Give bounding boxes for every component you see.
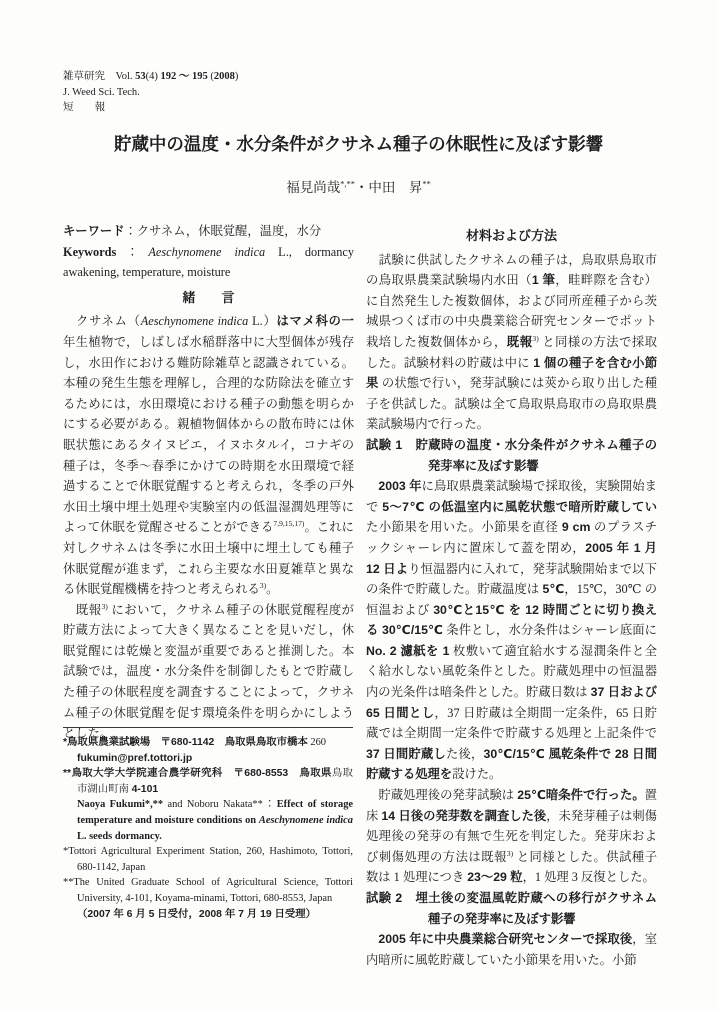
keywords-en: Keywords：Aeschynomene indica L., dormanc… bbox=[63, 242, 354, 283]
text-segment: ** bbox=[422, 180, 430, 189]
footnote-area: *鳥取県農業試験場 〒680-1142 鳥取県鳥取市橋本 260 fukumin… bbox=[63, 727, 353, 922]
text-segment bbox=[366, 932, 378, 946]
text-segment: （2007 年 6 月 5 日受付，2008 年 7 月 19 日受理） bbox=[77, 909, 316, 920]
text-segment: 2003 年 bbox=[378, 479, 421, 493]
footnote-received-dates: （2007 年 6 月 5 日受付，2008 年 7 月 19 日受理） bbox=[63, 907, 353, 923]
experiment-1-heading: 試験 1 貯蔵時の温度・水分条件がクサネム種子の発芽率に及ぼす影響 bbox=[366, 435, 657, 476]
text-segment: 条件とし，水分条件はシャーレ底面に bbox=[443, 623, 657, 637]
mm-paragraph-3: 貯蔵処理後の発芽試験は 25℃暗条件で行った。置床 14 日後の発芽数を調査した… bbox=[366, 785, 657, 888]
keywords-jp: キーワード：クサネム，休眠覚醒，温度，水分 bbox=[63, 221, 354, 242]
text-segment: *,** bbox=[340, 180, 355, 189]
text-segment: 192 ～ 195 bbox=[161, 71, 208, 82]
mm-paragraph-4: 2005 年に中央農業総合研究センターで採取後，室内暗所に風乾貯蔵していた小節果… bbox=[366, 929, 657, 970]
text-segment: キーワード bbox=[63, 224, 125, 238]
text-segment: **The United Graduate School of Agricult… bbox=[63, 877, 353, 904]
mm-paragraph-1: 試験に供試したクサネムの種子は，鳥取県鳥取市の鳥取県農業試験場内水田（1 筆，畦… bbox=[366, 250, 657, 435]
text-segment: 9 cm bbox=[562, 520, 591, 534]
text-segment: 2008 bbox=[214, 71, 235, 82]
text-segment: 260 bbox=[308, 737, 326, 748]
experiment-2-heading: 試験 2 埋土後の変温風乾貯蔵への移行がクサネム種子の発芽率に及ぼす影響 bbox=[366, 888, 657, 929]
text-segment: 雑草研究 Vol. bbox=[63, 71, 135, 82]
text-segment: ) bbox=[235, 71, 239, 82]
text-segment: 23～29 粒 bbox=[467, 870, 522, 884]
text-segment: 福見尚哉 bbox=[286, 180, 340, 195]
text-segment: 2005 年に中央農業総合研究センターで採取後 bbox=[378, 932, 632, 946]
text-segment: L. seeds dormancy. bbox=[77, 831, 162, 842]
text-segment: 既報 bbox=[63, 603, 102, 617]
text-segment: ・中田 昇 bbox=[355, 180, 423, 195]
paper-page: 雑草研究 Vol. 53(4) 192 ～ 195 (2008) J. Weed… bbox=[0, 0, 717, 1012]
paper-title: 貯蔵中の温度・水分条件がクサネム種子の休眠性に及ぼす影響 bbox=[0, 131, 717, 156]
text-segment: 年生植物で，しばしば水稲群落中に大型個体が残存し，水田作における難防除雑草と認識… bbox=[63, 335, 354, 534]
text-segment: クサネム（ bbox=[63, 314, 141, 328]
text-segment: 貯蔵処理後の発芽試験は bbox=[366, 788, 517, 802]
text-segment: た小節果を用いた。小節果を直径 bbox=[366, 520, 562, 534]
text-segment: Aeschynomene indica bbox=[259, 815, 353, 826]
text-segment: 14 日後の発芽数を調査した後 bbox=[381, 809, 546, 823]
text-segment: 25℃暗条件で行った。 bbox=[517, 788, 644, 802]
journal-name-en: J. Weed Sci. Tech. bbox=[63, 85, 238, 101]
text-segment: 設けた。 bbox=[452, 767, 501, 781]
text-segment: の状態で行い，発芽試験には莢から取り出した種子を供試した。試験は全て鳥取県鳥取市… bbox=[366, 376, 657, 431]
text-segment: Naoya Fukumi*,** bbox=[77, 799, 163, 810]
mm-paragraph-2: 2003 年に鳥取県農業試験場で採取後，実験開始まで 5～7℃ の低温室内に風乾… bbox=[366, 476, 657, 785]
text-segment: L.） bbox=[248, 314, 276, 328]
text-segment: *Tottori Agricultural Experiment Station… bbox=[63, 846, 353, 873]
text-segment: and Noboru Nakata**： bbox=[163, 799, 277, 810]
text-segment: 37 日間貯蔵し bbox=[366, 747, 446, 761]
text-segment: はマメ科の一 bbox=[277, 314, 354, 328]
footnote-english-citation: Naoya Fukumi*,** and Noboru Nakata**：Eff… bbox=[63, 797, 353, 844]
section-heading-materials-methods: 材料および方法 bbox=[366, 226, 657, 247]
text-segment: ，1 処理 3 反復とした。 bbox=[523, 870, 655, 884]
text-segment: (4) bbox=[146, 71, 161, 82]
text-segment: **鳥取大学大学院連合農学研究科 〒680-8553 鳥取県 bbox=[63, 768, 332, 779]
article-type-label: 短 報 bbox=[63, 100, 238, 116]
text-segment: 。 bbox=[266, 582, 278, 596]
footnote-affiliation-2-jp: **鳥取大学大学院連合農学研究科 〒680-8553 鳥取県鳥取市湖山町南 4-… bbox=[63, 766, 353, 797]
text-segment: 5℃ bbox=[542, 582, 564, 596]
text-segment: ： bbox=[116, 245, 148, 259]
keywords-block: キーワード：クサネム，休眠覚醒，温度，水分 Keywords：Aeschynom… bbox=[63, 221, 354, 283]
footnote-email: fukumin@pref.tottori.jp bbox=[63, 751, 353, 767]
section-heading-introduction: 緒 言 bbox=[63, 288, 354, 309]
text-segment: Keywords bbox=[63, 245, 116, 259]
text-segment: No. 2 濾紙を 1 bbox=[366, 644, 450, 658]
journal-volume-line: 雑草研究 Vol. 53(4) 192 ～ 195 (2008) bbox=[63, 69, 238, 85]
text-segment: *鳥取県農業試験場 〒680-1142 鳥取県鳥取市橋本 bbox=[63, 737, 308, 748]
text-segment bbox=[366, 479, 378, 493]
text-segment: において，クサネム種子の休眠覚醒程度が貯蔵方法によって大きく異なることを見いだし… bbox=[63, 603, 354, 741]
text-segment: Aeschynomene indica bbox=[148, 245, 265, 259]
text-segment: fukumin@pref.tottori.jp bbox=[77, 753, 192, 764]
intro-paragraph-2: 既報3) において，クサネム種子の休眠覚醒程度が貯蔵方法によって大きく異なること… bbox=[63, 600, 354, 744]
text-segment: 1 筆 bbox=[532, 273, 555, 287]
text-segment: 7,9,15,17) bbox=[273, 519, 304, 528]
text-segment: 5～7℃ の低温室内に風乾状態で暗所貯蔵してい bbox=[382, 500, 657, 514]
footnote-affiliation-1-en: *Tottori Agricultural Experiment Station… bbox=[63, 844, 353, 875]
authors-line: 福見尚哉*,**・中田 昇** bbox=[0, 176, 717, 196]
text-segment: 53 bbox=[135, 71, 146, 82]
right-column: 材料および方法 試験に供試したクサネムの種子は，鳥取県鳥取市の鳥取県農業試験場内… bbox=[366, 221, 657, 970]
text-segment: た後， bbox=[446, 747, 484, 761]
text-segment: ：クサネム，休眠覚醒，温度，水分 bbox=[125, 224, 322, 238]
intro-paragraph-1: クサネム（Aeschynomene indica L.）はマメ科の一年生植物で，… bbox=[63, 311, 354, 599]
text-segment: 既報 bbox=[507, 335, 533, 349]
text-segment: 4-101 bbox=[132, 784, 159, 795]
footnote-affiliation-2-en: **The United Graduate School of Agricult… bbox=[63, 875, 353, 906]
footnote-affiliation-1-jp: *鳥取県農業試験場 〒680-1142 鳥取県鳥取市橋本 260 bbox=[63, 735, 353, 751]
journal-header: 雑草研究 Vol. 53(4) 192 ～ 195 (2008) J. Weed… bbox=[63, 69, 238, 116]
text-segment: Aeschynomene indica bbox=[141, 314, 249, 328]
